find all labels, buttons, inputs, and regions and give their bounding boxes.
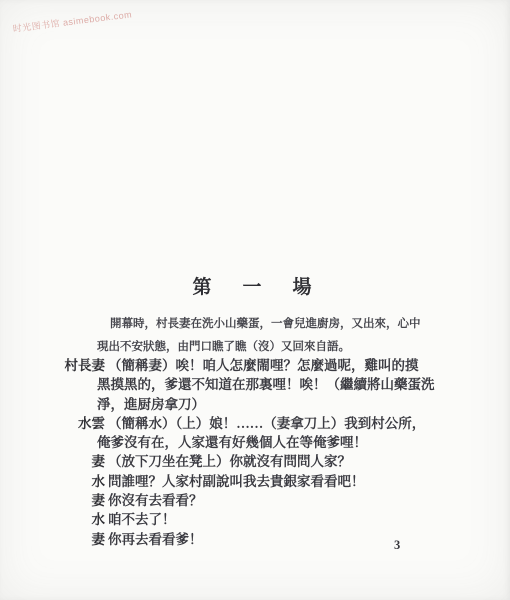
opening-stage-direction: 開幕時，村長妻在洗小山藥蛋，一會兒進廚房，又出來，心中 現出不安狀態，由門口瞧了…	[97, 313, 447, 359]
speech-text: 問誰哩？人家村副說叫我去貴銀家看看吧！	[97, 472, 510, 491]
scanned-script-page: 时光图书馆 asimebook.com 第 一 場 開幕時，村長妻在洗小山藥蛋，…	[0, 0, 510, 600]
dialogue-block: 水 咱不去了！	[0, 510, 510, 529]
scene-title: 第 一 場	[0, 272, 510, 299]
dialogue-block: 妻 你再去看看爹！	[0, 530, 510, 549]
page-number: 3	[394, 538, 400, 553]
speech-text: 咱不去了！	[97, 510, 510, 529]
speaker-name: 妻	[63, 452, 105, 471]
speaker-name: 水	[63, 510, 105, 529]
dialogue-block: 妻 （放下刀坐在凳上）你就沒有問問人家？	[0, 452, 510, 471]
speech-line: 淨，進厨房拿刀）	[97, 395, 510, 414]
speech-text: （簡稱妻）唉！咱人怎麼閙哩？怎麼過呢，雞叫的摸 黑摸黑的，爹還不知道在那裏哩！唉…	[97, 356, 510, 414]
speech-text: 你再去看看爹！	[97, 530, 510, 549]
stage-direction-line: 開幕時，村長妻在洗小山藥蛋，一會兒進廚房，又出來，心中	[97, 313, 447, 336]
speech-line: 俺爹沒有在，人家還有好幾個人在等俺爹哩！	[97, 433, 510, 452]
speaker-name: 水	[63, 472, 105, 491]
speech-line: 你沒有去看看？	[97, 491, 510, 510]
speech-line: 問誰哩？人家村副說叫我去貴銀家看看吧！	[97, 472, 510, 491]
speech-line: 咱不去了！	[97, 510, 510, 529]
speaker-name: 妻	[63, 530, 105, 549]
speaker-name: 妻	[63, 491, 105, 510]
dialogue-block: 水 問誰哩？人家村副說叫我去貴銀家看看吧！	[0, 472, 510, 491]
speech-text: （放下刀坐在凳上）你就沒有問問人家？	[97, 452, 510, 471]
library-watermark: 时光图书馆 asimebook.com	[12, 7, 133, 35]
dialogue-block: 妻 你沒有去看看？	[0, 491, 510, 510]
speech-line: 你再去看看爹！	[97, 530, 510, 549]
dialogue-block: 水雲 （簡稱水）（上）娘！……（妻拿刀上）我到村公所， 俺爹沒有在，人家還有好幾…	[0, 414, 510, 453]
speaker-name: 水雲	[63, 414, 105, 433]
speech-line: 黑摸黑的，爹還不知道在那裏哩！唉！（繼續將山藥蛋洗	[97, 375, 510, 394]
speech-line: （放下刀坐在凳上）你就沒有問問人家？	[97, 452, 510, 471]
speech-line: （簡稱妻）唉！咱人怎麼閙哩？怎麼過呢，雞叫的摸	[97, 356, 510, 375]
speech-line: （簡稱水）（上）娘！……（妻拿刀上）我到村公所，	[97, 414, 510, 433]
speech-text: 你沒有去看看？	[97, 491, 510, 510]
dialogue-block: 村長妻 （簡稱妻）唉！咱人怎麼閙哩？怎麼過呢，雞叫的摸 黑摸黑的，爹還不知道在那…	[0, 356, 510, 414]
speaker-name: 村長妻	[63, 356, 105, 375]
dialogue-area: 村長妻 （簡稱妻）唉！咱人怎麼閙哩？怎麼過呢，雞叫的摸 黑摸黑的，爹還不知道在那…	[0, 356, 510, 549]
speech-text: （簡稱水）（上）娘！……（妻拿刀上）我到村公所， 俺爹沒有在，人家還有好幾個人在…	[97, 414, 510, 453]
